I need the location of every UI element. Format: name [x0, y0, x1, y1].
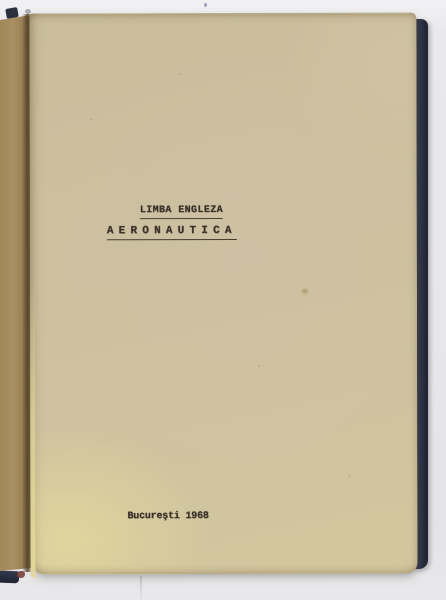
book-cover-corner-top-left: [5, 7, 19, 19]
paper-fleck: [258, 365, 260, 367]
backdrop-speck: [204, 3, 207, 7]
paper-stain: [302, 289, 308, 294]
binding-mark: [17, 571, 25, 578]
page-edge-highlight: [30, 278, 36, 578]
book-photo: LIMBA ENGLEZA AERONAUTICA Bucureşti 1968: [0, 0, 446, 600]
backdrop-crease: [140, 576, 142, 600]
book-title-subject: AERONAUTICA: [107, 225, 237, 240]
imprint-city-year: Bucureşti 1968: [127, 511, 208, 522]
paper-fleck: [348, 475, 350, 477]
paper-fleck: [180, 73, 182, 75]
book-cover-edge-bottom-left: [0, 571, 19, 584]
book-title-language: LIMBA ENGLEZA: [140, 205, 223, 219]
paper-fleck: [90, 118, 93, 120]
title-page: LIMBA ENGLEZA AERONAUTICA Bucureşti 1968: [29, 13, 417, 575]
